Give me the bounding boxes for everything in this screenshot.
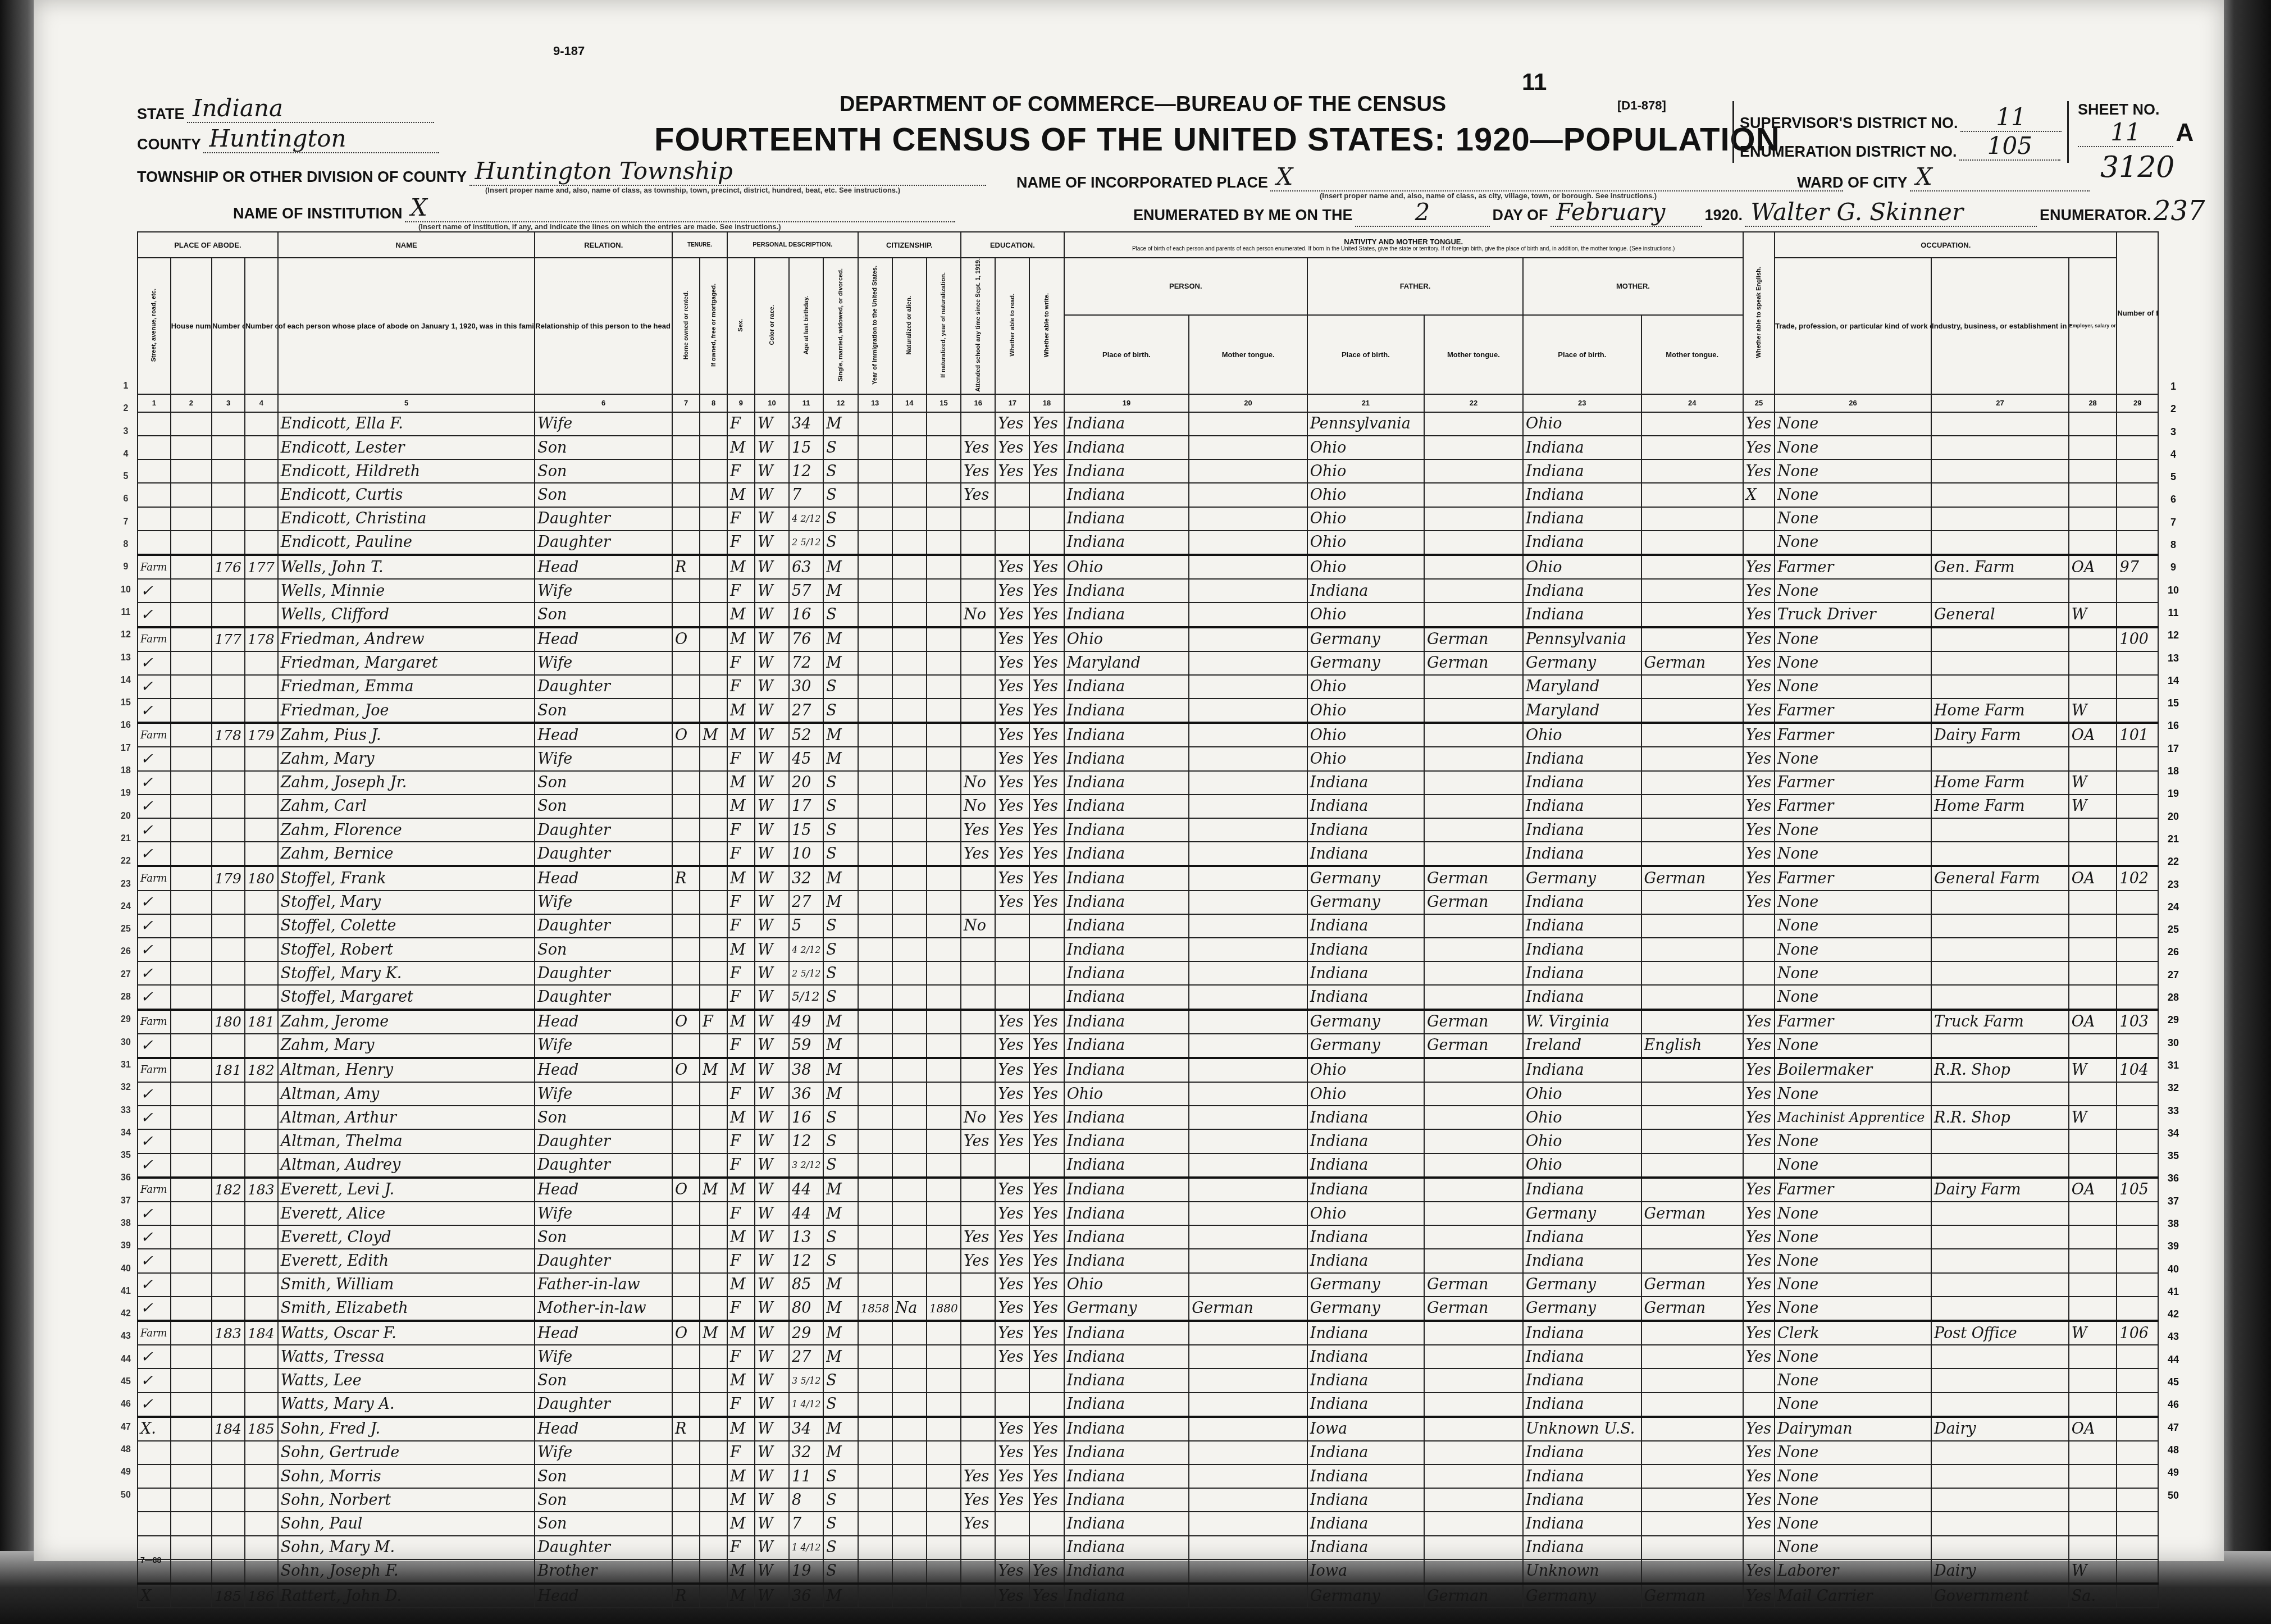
cell-farmno: 105 — [2117, 1178, 2158, 1202]
cell-nat — [892, 531, 927, 555]
cell-race: W — [755, 1058, 789, 1082]
cell-race: W — [755, 1010, 789, 1034]
cell-employ — [2069, 1249, 2117, 1272]
cell-name: Watts, Tressa — [278, 1345, 535, 1368]
col-8-header: If owned, free or mortgaged. — [700, 258, 727, 394]
table-row: ✓Altman, AudreyDaughterFW3 2/12SIndianaI… — [138, 1153, 2158, 1178]
cell-pob: Indiana — [1064, 507, 1189, 531]
cell-street — [138, 436, 171, 459]
cell-ftongue — [1424, 818, 1523, 842]
line-number: 5 — [116, 466, 136, 488]
line-number: 18 — [116, 760, 136, 782]
column-number: 7 — [672, 394, 700, 412]
cell-tongue — [1189, 531, 1307, 555]
cell-home — [672, 579, 700, 603]
cell-street: ✓ — [138, 1297, 171, 1321]
col-5-header: of each person whose place of abode on J… — [278, 258, 535, 394]
cell-mtongue — [1641, 1058, 1743, 1082]
cell-age: 2 5/12 — [789, 531, 823, 555]
cell-mpob: Unknown U.S. — [1523, 1417, 1641, 1441]
cell-industry: Dairy — [1931, 1559, 2069, 1584]
line-number: 42 — [2162, 1303, 2185, 1325]
cell-marital: M — [823, 627, 858, 651]
cell-pob: Indiana — [1064, 1010, 1189, 1034]
cell-imm — [858, 459, 892, 483]
cell-race: W — [755, 1321, 789, 1345]
line-number: 45 — [116, 1371, 136, 1393]
cell-english: Yes — [1743, 1178, 1775, 1202]
cell-read: Yes — [995, 1417, 1029, 1441]
cell-name: Endicott, Lester — [278, 436, 535, 459]
cell-age: 34 — [789, 412, 823, 436]
cell-name: Everett, Cloyd — [278, 1225, 535, 1249]
cell-dwelling: 176 — [212, 555, 245, 579]
cell-dwelling — [212, 1345, 245, 1368]
cell-read: Yes — [995, 842, 1029, 866]
cell-pob: Indiana — [1064, 483, 1189, 507]
cell-trade: None — [1775, 1153, 1931, 1178]
cell-relation: Son — [535, 603, 672, 627]
cell-natyr — [927, 555, 961, 579]
cell-sex: M — [727, 771, 755, 795]
cell-farmno — [2117, 1488, 2158, 1512]
cell-school — [961, 627, 995, 651]
cell-imm — [858, 1559, 892, 1584]
col-group-relation: RELATION. — [535, 232, 672, 258]
cell-read — [995, 914, 1029, 938]
cell-mpob: Indiana — [1523, 1512, 1641, 1535]
cell-sex: F — [727, 1393, 755, 1417]
cell-tongue — [1189, 866, 1307, 890]
cell-employ — [2069, 1345, 2117, 1368]
cell-school — [961, 961, 995, 985]
cell-trade: None — [1775, 1441, 1931, 1465]
cell-natyr — [927, 1034, 961, 1058]
cell-industry: Truck Farm — [1931, 1010, 2069, 1034]
cell-name: Stoffel, Mary — [278, 891, 535, 914]
cell-natyr — [927, 603, 961, 627]
cell-age: 30 — [789, 675, 823, 699]
cell-write: Yes — [1029, 1178, 1064, 1202]
cell-name: Sohn, Paul — [278, 1512, 535, 1535]
cell-pob: Indiana — [1064, 842, 1189, 866]
cell-family — [245, 891, 278, 914]
cell-home — [672, 1536, 700, 1559]
cell-employ: W — [2069, 771, 2117, 795]
cell-fpob: Ohio — [1307, 483, 1424, 507]
cell-mtongue — [1641, 1249, 1743, 1272]
cell-street: ✓ — [138, 985, 171, 1009]
table-row: ✓Watts, TressaWifeFW27MYesYesIndianaIndi… — [138, 1345, 2158, 1368]
line-number: 44 — [116, 1348, 136, 1371]
cell-marital: S — [823, 771, 858, 795]
cell-age: 7 — [789, 483, 823, 507]
cell-mpob: Indiana — [1523, 1465, 1641, 1488]
cell-imm — [858, 436, 892, 459]
cell-trade: None — [1775, 1536, 1931, 1559]
cell-employ: W — [2069, 1559, 2117, 1584]
cell-employ — [2069, 891, 2117, 914]
cell-employ — [2069, 507, 2117, 531]
cell-name: Smith, Elizabeth — [278, 1297, 535, 1321]
cell-fpob: Iowa — [1307, 1559, 1424, 1584]
cell-trade: None — [1775, 1512, 1931, 1535]
cell-imm — [858, 1465, 892, 1488]
cell-industry — [1931, 1441, 2069, 1465]
cell-farmno — [2117, 1512, 2158, 1535]
cell-tongue — [1189, 651, 1307, 675]
cell-relation: Wife — [535, 651, 672, 675]
cell-ftongue — [1424, 436, 1523, 459]
cell-mort — [700, 1249, 727, 1272]
cell-street: ✓ — [138, 891, 171, 914]
cell-school — [961, 1345, 995, 1368]
cell-farmno — [2117, 1417, 2158, 1441]
cell-industry: R.R. Shop — [1931, 1106, 2069, 1129]
cell-family: 184 — [245, 1321, 278, 1345]
cell-school: No — [961, 795, 995, 818]
cell-farm — [171, 507, 212, 531]
cell-english: Yes — [1743, 1297, 1775, 1321]
cell-relation: Head — [535, 1010, 672, 1034]
cell-mpob: Indiana — [1523, 818, 1641, 842]
cell-age: 59 — [789, 1034, 823, 1058]
cell-sex: F — [727, 1153, 755, 1178]
cell-read: Yes — [995, 1249, 1029, 1272]
cell-nat — [892, 842, 927, 866]
cell-mtongue — [1641, 818, 1743, 842]
cell-farm — [171, 795, 212, 818]
cell-age: 29 — [789, 1321, 823, 1345]
cell-school: Yes — [961, 459, 995, 483]
cell-employ — [2069, 651, 2117, 675]
cell-read — [995, 1393, 1029, 1417]
page-title: FOURTEENTH CENSUS OF THE UNITED STATES: … — [654, 121, 1780, 158]
cell-industry — [1931, 1202, 2069, 1225]
cell-sex: F — [727, 891, 755, 914]
cell-trade: None — [1775, 436, 1931, 459]
cell-ftongue — [1424, 1082, 1523, 1106]
line-number: 13 — [116, 647, 136, 669]
cell-employ — [2069, 985, 2117, 1009]
cell-tongue — [1189, 795, 1307, 818]
cell-write: Yes — [1029, 1202, 1064, 1225]
cell-farmno — [2117, 891, 2158, 914]
cell-english: Yes — [1743, 747, 1775, 770]
cell-relation: Head — [535, 555, 672, 579]
cell-nat — [892, 891, 927, 914]
cell-english: Yes — [1743, 579, 1775, 603]
cell-mort — [700, 842, 727, 866]
cell-farm — [171, 818, 212, 842]
cell-marital: S — [823, 842, 858, 866]
cell-school — [961, 651, 995, 675]
cell-dwelling — [212, 1368, 245, 1392]
cell-employ — [2069, 412, 2117, 436]
line-number: 19 — [2162, 782, 2185, 805]
cell-mtongue — [1641, 1178, 1743, 1202]
cell-mort — [700, 747, 727, 770]
cell-mort — [700, 1273, 727, 1297]
cell-school: Yes — [961, 1512, 995, 1535]
cell-farm — [171, 1106, 212, 1129]
cell-school — [961, 675, 995, 699]
cell-race: W — [755, 961, 789, 985]
cell-mort — [700, 1202, 727, 1225]
table-row: Farm177178Friedman, AndrewHeadOMW76MYesY… — [138, 627, 2158, 651]
cell-employ: OA — [2069, 1417, 2117, 1441]
department-heading: DEPARTMENT OF COMMERCE—BUREAU OF THE CEN… — [840, 93, 1446, 117]
cell-school: Yes — [961, 1465, 995, 1488]
cell-mpob: Indiana — [1523, 1225, 1641, 1249]
cell-marital: M — [823, 1584, 858, 1608]
cell-mtongue — [1641, 771, 1743, 795]
cell-industry — [1931, 818, 2069, 842]
cell-english: Yes — [1743, 842, 1775, 866]
cell-imm — [858, 747, 892, 770]
supervisor-district: 11 — [1960, 103, 2062, 132]
cell-mpob: Germany — [1523, 1584, 1641, 1608]
cell-race: W — [755, 1297, 789, 1321]
cell-farmno: 102 — [2117, 866, 2158, 890]
cell-race: W — [755, 1368, 789, 1392]
cell-employ: W — [2069, 795, 2117, 818]
cell-pob: Indiana — [1064, 1559, 1189, 1584]
cell-farm — [171, 1321, 212, 1345]
cell-mort — [700, 1345, 727, 1368]
cell-age: 20 — [789, 771, 823, 795]
cell-home — [672, 1129, 700, 1153]
cell-farmno — [2117, 747, 2158, 770]
cell-marital: M — [823, 651, 858, 675]
cell-home: O — [672, 723, 700, 747]
cell-natyr — [927, 627, 961, 651]
cell-trade: None — [1775, 675, 1931, 699]
cell-write — [1029, 961, 1064, 985]
cell-mort — [700, 866, 727, 890]
cell-home — [672, 842, 700, 866]
cell-read: Yes — [995, 627, 1029, 651]
cell-age: 52 — [789, 723, 823, 747]
cell-mort — [700, 1034, 727, 1058]
cell-relation: Head — [535, 723, 672, 747]
cell-school — [961, 1082, 995, 1106]
cell-race: W — [755, 1106, 789, 1129]
cell-ftongue — [1424, 723, 1523, 747]
cell-mtongue — [1641, 1082, 1743, 1106]
line-number: 4 — [116, 443, 136, 466]
cell-family — [245, 675, 278, 699]
cell-employ: OA — [2069, 723, 2117, 747]
cell-tongue — [1189, 818, 1307, 842]
cell-imm — [858, 1106, 892, 1129]
cell-farmno — [2117, 507, 2158, 531]
line-number: 26 — [2162, 941, 2185, 963]
cell-employ — [2069, 675, 2117, 699]
cell-marital: S — [823, 795, 858, 818]
cell-race: W — [755, 1584, 789, 1608]
cell-mtongue — [1641, 938, 1743, 961]
cell-mpob: Indiana — [1523, 1058, 1641, 1082]
cell-dwelling: 185 — [212, 1584, 245, 1608]
column-number: 23 — [1523, 394, 1641, 412]
cell-nat — [892, 1417, 927, 1441]
cell-industry — [1931, 1393, 2069, 1417]
cell-fpob: Indiana — [1307, 914, 1424, 938]
cell-ftongue: German — [1424, 891, 1523, 914]
cell-name: Smith, William — [278, 1273, 535, 1297]
cell-read — [995, 961, 1029, 985]
cell-dwelling: 183 — [212, 1321, 245, 1345]
cell-tongue — [1189, 1106, 1307, 1129]
cell-industry: R.R. Shop — [1931, 1058, 2069, 1082]
cell-trade: None — [1775, 747, 1931, 770]
cell-mtongue — [1641, 436, 1743, 459]
line-number: 9 — [2162, 556, 2185, 578]
cell-read: Yes — [995, 1106, 1029, 1129]
cell-ftongue — [1424, 795, 1523, 818]
column-number: 19 — [1064, 394, 1189, 412]
cell-write: Yes — [1029, 1559, 1064, 1584]
cell-natyr — [927, 459, 961, 483]
cell-nat — [892, 914, 927, 938]
cell-trade: None — [1775, 1273, 1931, 1297]
cell-dwelling — [212, 1488, 245, 1512]
table-row: Farm179180Stoffel, FrankHeadRMW32MYesYes… — [138, 866, 2158, 890]
cell-farmno: 100 — [2117, 627, 2158, 651]
cell-sex: F — [727, 747, 755, 770]
line-number: 27 — [2162, 964, 2185, 986]
enumerated-month: February — [1551, 198, 1702, 227]
cell-read — [995, 1536, 1029, 1559]
cell-industry: Post Office — [1931, 1321, 2069, 1345]
cell-race: W — [755, 436, 789, 459]
cell-name: Rattert, John D. — [278, 1584, 535, 1608]
cell-imm — [858, 1345, 892, 1368]
cell-ftongue — [1424, 555, 1523, 579]
cell-mort — [700, 1512, 727, 1535]
cell-age: 17 — [789, 795, 823, 818]
line-number: 50 — [116, 1484, 136, 1507]
cell-school — [961, 985, 995, 1009]
cell-natyr — [927, 699, 961, 723]
cell-mpob: Indiana — [1523, 531, 1641, 555]
cell-age: 7 — [789, 1512, 823, 1535]
cell-english: Yes — [1743, 627, 1775, 651]
cell-dwelling — [212, 507, 245, 531]
cell-farm — [171, 891, 212, 914]
cell-employ — [2069, 579, 2117, 603]
page-stamp: 11 — [1522, 69, 1547, 95]
cell-sex: F — [727, 531, 755, 555]
cell-race: W — [755, 651, 789, 675]
cell-tongue — [1189, 891, 1307, 914]
cell-natyr — [927, 483, 961, 507]
cell-industry — [1931, 747, 2069, 770]
cell-natyr — [927, 1321, 961, 1345]
cell-write: Yes — [1029, 1082, 1064, 1106]
cell-industry — [1931, 579, 2069, 603]
cell-natyr — [927, 842, 961, 866]
cell-pob: Indiana — [1064, 1417, 1189, 1441]
cell-write: Yes — [1029, 1417, 1064, 1441]
cell-trade: Farmer — [1775, 699, 1931, 723]
cell-relation: Daughter — [535, 818, 672, 842]
cell-sex: M — [727, 866, 755, 890]
cell-family: 181 — [245, 1010, 278, 1034]
cell-imm — [858, 866, 892, 890]
cell-pob: Indiana — [1064, 1345, 1189, 1368]
cell-industry: Home Farm — [1931, 699, 2069, 723]
cell-employ: OA — [2069, 866, 2117, 890]
cell-industry: Dairy Farm — [1931, 1178, 2069, 1202]
cell-fpob: Indiana — [1307, 961, 1424, 985]
cell-street: ✓ — [138, 603, 171, 627]
cell-dwelling: 181 — [212, 1058, 245, 1082]
col-group-abode: PLACE OF ABODE. — [138, 232, 278, 258]
cell-nat — [892, 985, 927, 1009]
cell-imm — [858, 1034, 892, 1058]
cell-read: Yes — [995, 1465, 1029, 1488]
cell-pob: Indiana — [1064, 1129, 1189, 1153]
cell-write — [1029, 1153, 1064, 1178]
cell-mpob: Indiana — [1523, 1536, 1641, 1559]
cell-school — [961, 699, 995, 723]
cell-pob: Indiana — [1064, 412, 1189, 436]
cell-mtongue — [1641, 483, 1743, 507]
col-29-header: Number of farm schedule. — [2117, 232, 2158, 394]
state-label: STATE — [137, 106, 185, 122]
line-number: 19 — [116, 782, 136, 805]
line-number: 28 — [116, 986, 136, 1009]
cell-employ — [2069, 1465, 2117, 1488]
line-number: 22 — [2162, 850, 2185, 873]
cell-english: Yes — [1743, 555, 1775, 579]
cell-school — [961, 1178, 995, 1202]
cell-pob: Indiana — [1064, 1058, 1189, 1082]
cell-industry — [1931, 1512, 2069, 1535]
cell-street — [138, 412, 171, 436]
cell-employ: W — [2069, 1058, 2117, 1082]
cell-age: 16 — [789, 1106, 823, 1129]
ward-field: WARD OF CITY X — [1797, 163, 2090, 191]
cell-marital: M — [823, 1417, 858, 1441]
cell-employ — [2069, 1512, 2117, 1535]
incorporated-label: NAME OF INCORPORATED PLACE — [1016, 174, 1268, 191]
cell-fpob: Indiana — [1307, 1536, 1424, 1559]
line-number: 17 — [116, 737, 136, 760]
cell-school — [961, 1584, 995, 1608]
cell-name: Wells, John T. — [278, 555, 535, 579]
enumerator-number: 237 — [2154, 195, 2205, 227]
cell-dwelling — [212, 961, 245, 985]
cell-employ — [2069, 1368, 2117, 1392]
cell-read: Yes — [995, 866, 1029, 890]
cell-farm — [171, 1488, 212, 1512]
cell-industry: General — [1931, 603, 2069, 627]
cell-mtongue — [1641, 1559, 1743, 1584]
cell-fpob: Indiana — [1307, 1178, 1424, 1202]
cell-home: O — [672, 627, 700, 651]
cell-dwelling — [212, 579, 245, 603]
cell-employ — [2069, 747, 2117, 770]
cell-mtongue — [1641, 412, 1743, 436]
cell-write: Yes — [1029, 1129, 1064, 1153]
cell-industry — [1931, 842, 2069, 866]
cell-imm — [858, 555, 892, 579]
cell-trade: None — [1775, 1082, 1931, 1106]
cell-age: 76 — [789, 627, 823, 651]
